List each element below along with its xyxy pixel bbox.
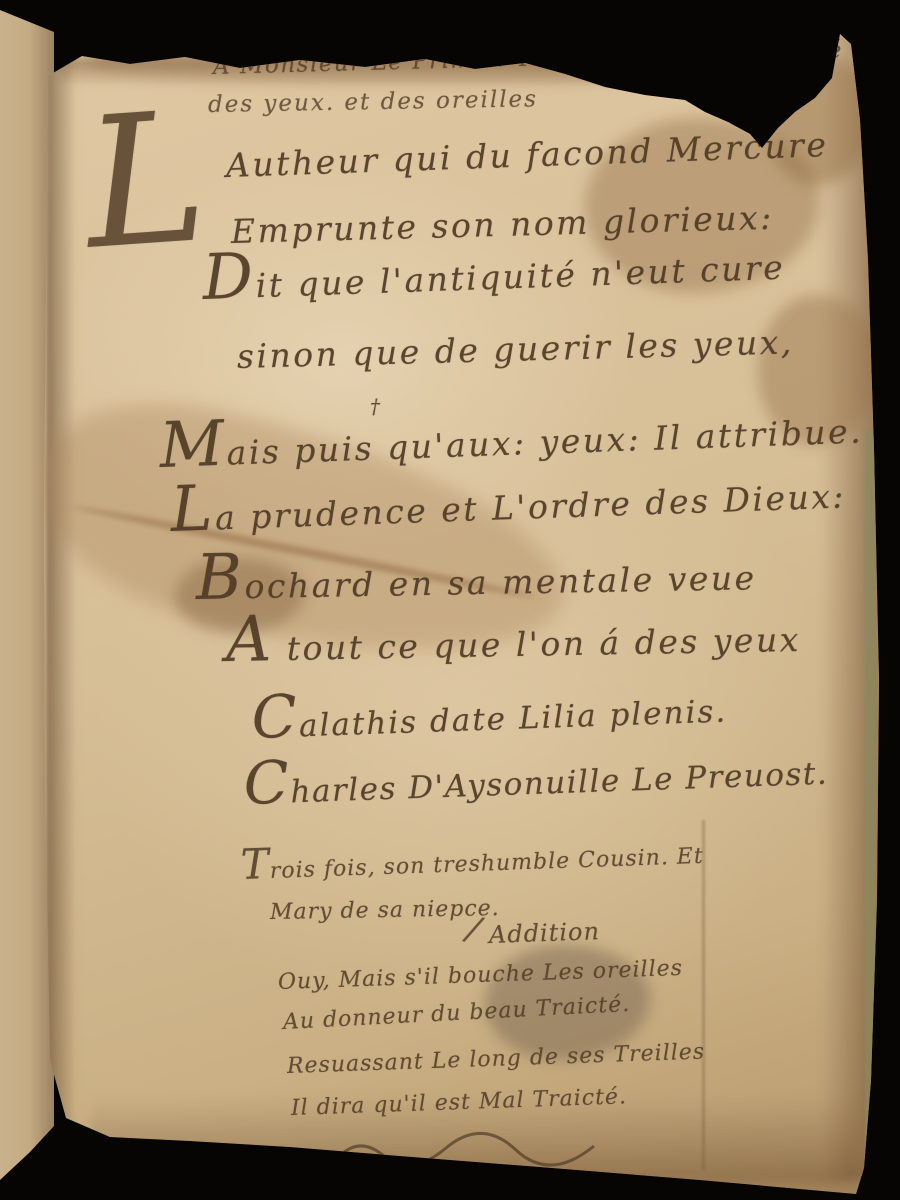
manuscript-page: A Monsieur Le Primier President. Sur le … (0, 0, 900, 1200)
initial-flourish-letter: L (80, 88, 212, 276)
dedication-line-2: des yeux. et des oreilles (208, 86, 538, 118)
closing-line-1: Trois fois, son treshumble Cousin. Et (241, 844, 705, 885)
marginal-cross-mark: † (370, 394, 380, 418)
gutter-crease-shadow (46, 50, 76, 1150)
addition-line-3: Resuassant Le long de ses Treilles (287, 1039, 706, 1079)
addition-line-4: Il dira qu'il est Mal Traicté. (291, 1084, 628, 1121)
vertical-crease (702, 820, 705, 1170)
right-edge-shadow (822, 30, 880, 1180)
under-page-edge-sliver (865, 430, 876, 1160)
signature-line: Charles D'Aysonuille Le Preuost. (243, 756, 828, 812)
closing-line-2: Mary de sa niepce. (270, 896, 500, 925)
poem-line-7: Bochard en sa mentale veue (196, 558, 757, 607)
illegible-partial-line (330, 1128, 610, 1168)
poem-line-3: Dit que l'antiquité n'eut cure (202, 248, 785, 307)
poem-line-4: sinon que de guerir les yeux, (236, 322, 794, 376)
addition-heading: Addition (489, 917, 601, 949)
manuscript-photo: A Monsieur Le Primier President. Sur le … (0, 0, 900, 1200)
latin-motto-line: Calathis date Lilia plenis. (251, 693, 727, 746)
